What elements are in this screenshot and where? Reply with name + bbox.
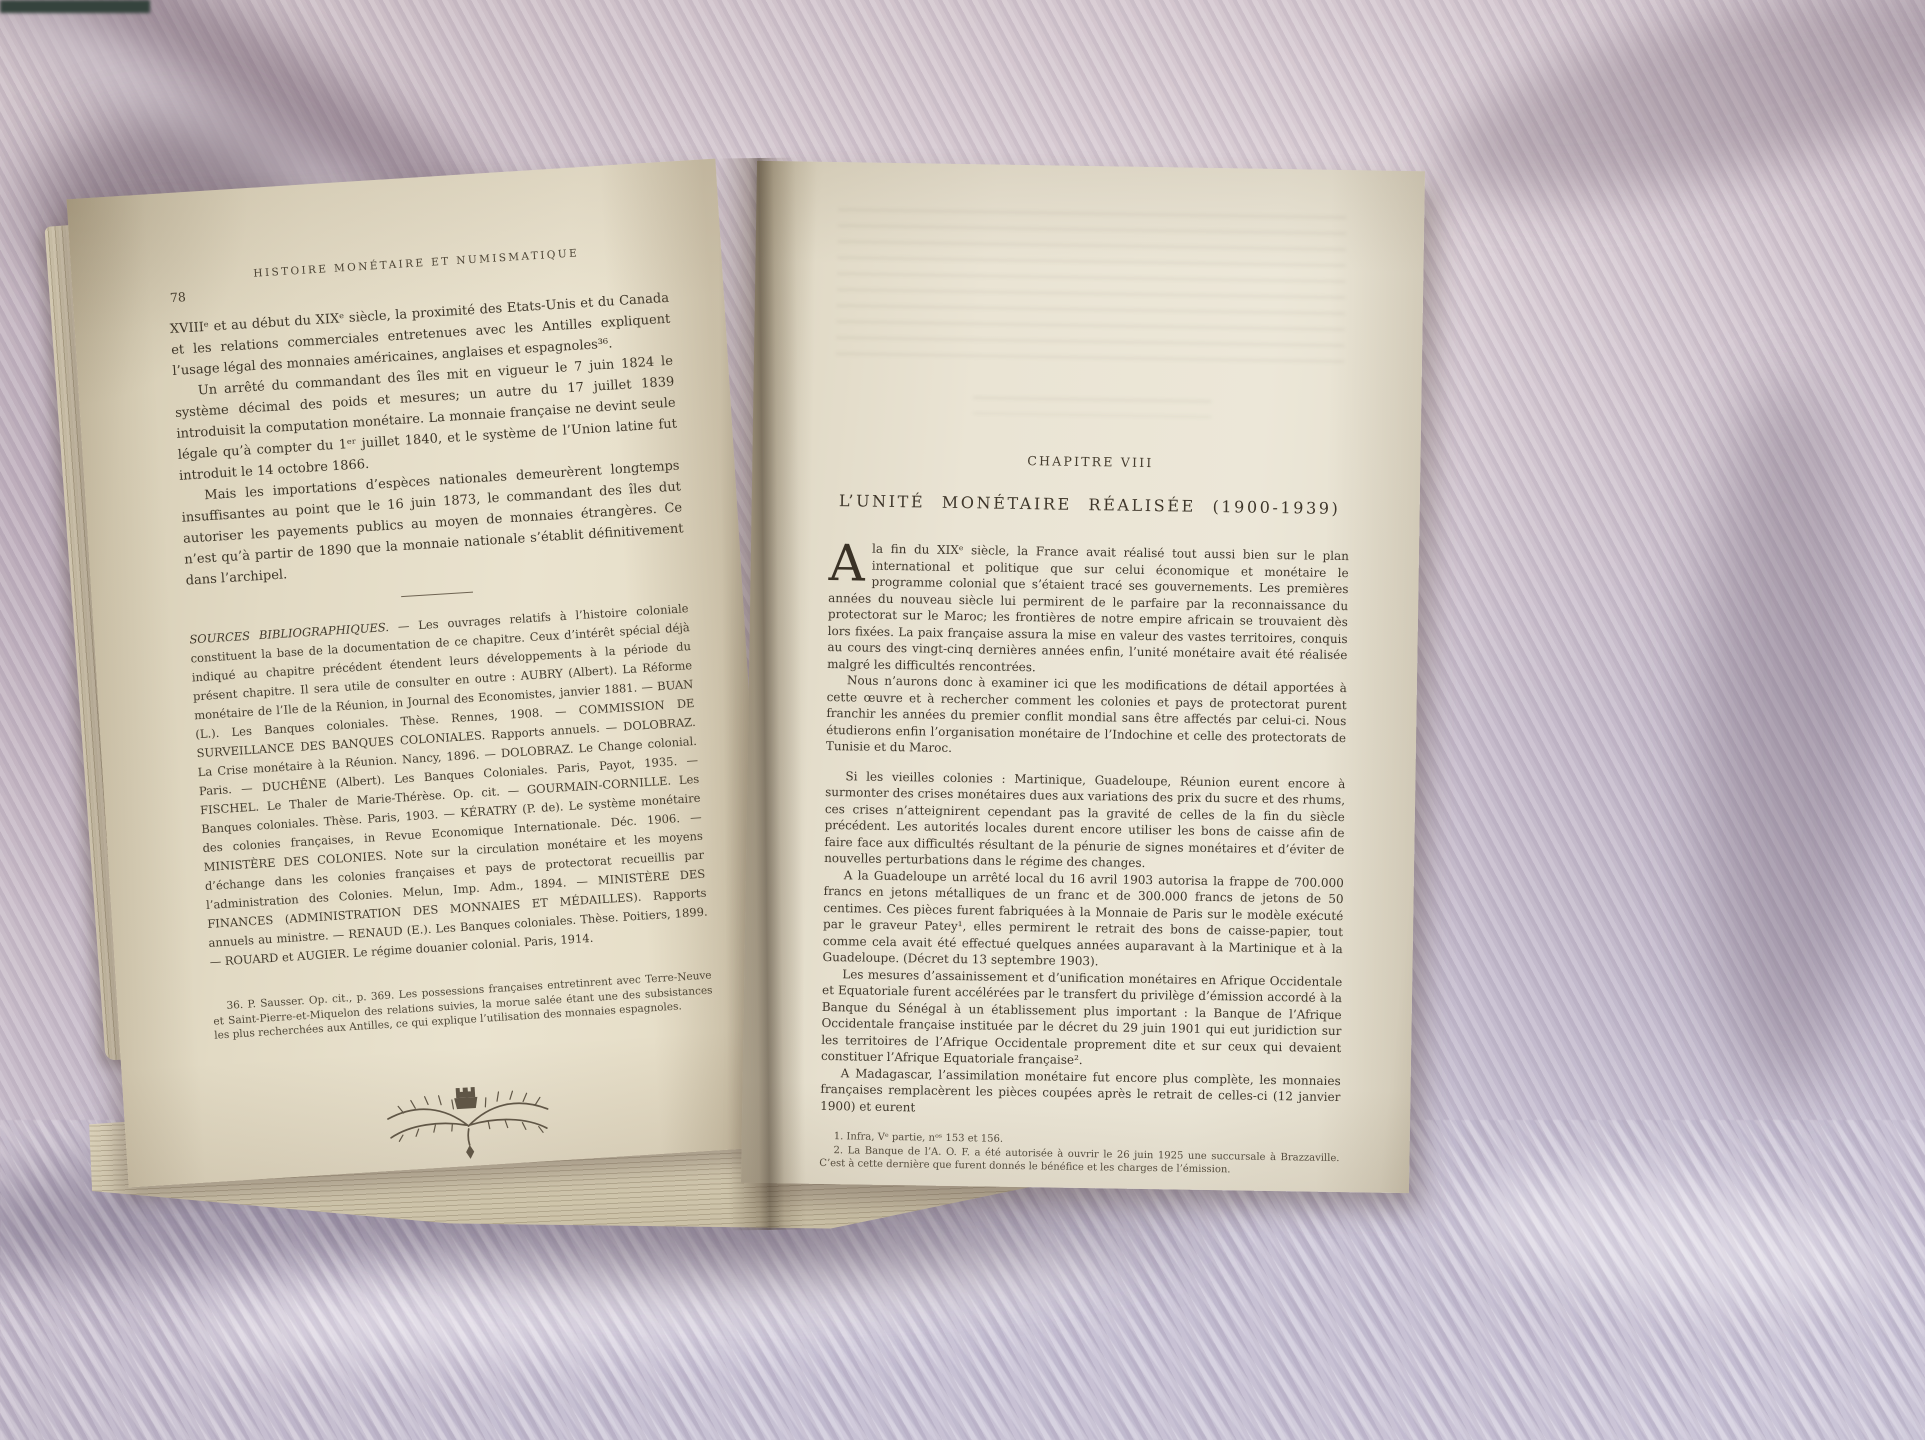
opening-paragraph: Ala fin du XIXᵉ siècle, la France avait …: [827, 540, 1349, 680]
body-paragraph: Nous n’aurons donc à examiner ici que le…: [826, 672, 1347, 763]
footnote-36: 36. P. Sausser. Op. cit., p. 369. Les po…: [212, 968, 714, 1043]
right-page: CHAPITRE VIII L’UNITÉ MONÉTAIRE RÉALISÉE…: [741, 161, 1425, 1193]
photo-scene: 78 HISTOIRE MONÉTAIRE ET NUMISMATIQUE XV…: [0, 0, 1925, 1440]
body-paragraph: A la Guadeloupe un arrêté local du 16 av…: [822, 866, 1343, 973]
fabric-fold: [1700, 380, 1870, 1100]
body-paragraph: Les mesures d’assainissement et d’unific…: [821, 965, 1342, 1072]
chapter-label: CHAPITRE VIII: [830, 450, 1350, 473]
opening-paragraph-text: la fin du XIXᵉ siècle, la France avait r…: [827, 542, 1349, 674]
fabric-fold: [1420, 0, 1925, 243]
drop-cap: A: [828, 540, 872, 585]
body-paragraph: Si les vieilles colonies : Martinique, G…: [824, 767, 1345, 874]
sources-bibliographiques: SOURCES BIBLIOGRAPHIQUES. — Les ouvrages…: [189, 599, 709, 972]
fabric-fold: [1454, 1151, 1887, 1328]
engraved-spray-icon: [377, 1068, 562, 1171]
page-header: 78 HISTOIRE MONÉTAIRE ET NUMISMATIQUE: [166, 242, 666, 293]
page-number: 78: [169, 289, 186, 305]
chapter-title: L’UNITÉ MONÉTAIRE RÉALISÉE (1900-1939): [830, 491, 1350, 518]
sources-text: — Les ouvrages relatifs à l’histoire col…: [190, 601, 708, 969]
body-paragraph: A Madagascar, l’assimilation monétaire f…: [820, 1064, 1341, 1122]
footnotes-block: 1. Infra, Vᵉ partie, nᵒˢ 153 et 156. 2. …: [819, 1130, 1340, 1179]
open-book: 78 HISTOIRE MONÉTAIRE ET NUMISMATIQUE XV…: [85, 140, 1435, 1270]
left-page: 78 HISTOIRE MONÉTAIRE ET NUMISMATIQUE XV…: [67, 159, 778, 1188]
section-divider: [401, 592, 473, 598]
running-head: HISTOIRE MONÉTAIRE ET NUMISMATIQUE: [166, 242, 666, 285]
book-gutter-shadow: [717, 158, 806, 1231]
show-through-text: [973, 396, 1211, 418]
background-edge-object: [0, 0, 150, 13]
show-through-text: [836, 208, 1346, 364]
